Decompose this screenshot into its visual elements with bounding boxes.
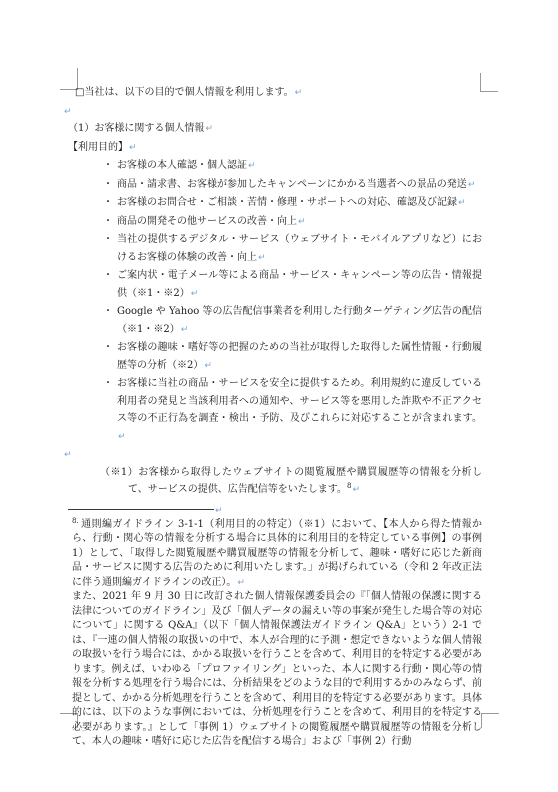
purpose-item-6: ・ご案内状・電子メール等による商品・サービス・キャンペーン等の広告・情報提供（※… xyxy=(68,267,482,303)
paragraph-mark-icon: ↵ xyxy=(214,506,223,516)
text-boundary-mark-top-right-icon xyxy=(480,73,498,92)
purpose-item-text: 当社の提供するデジタル・サービス（ウェブサイト・モバイルアプリなど）におけるお客… xyxy=(117,234,482,263)
footnote-separator-line xyxy=(68,509,214,510)
purpose-item-text: お客様の本人確認・個人認証 xyxy=(117,160,247,171)
paragraph-mark-icon: ↵ xyxy=(467,180,476,190)
paragraph-mark-icon: ↵ xyxy=(297,217,306,227)
purpose-item-text: お客様に当社の商品・サービスを安全に提供するため。利用規約に違反している利用者の… xyxy=(117,378,482,424)
purpose-item-text: 商品・請求書、お客様が参加したキャンペーンにかかる当選者への景品の発送 xyxy=(117,179,467,190)
paragraph-mark-icon: ↵ xyxy=(351,485,360,495)
footnote-paragraph-1: 8.通則編ガイドライン 3-1-1（利用目的の特定）（※1）において、【本人から… xyxy=(72,518,482,591)
purpose-list: ・お客様の本人確認・個人認証↵ ・商品・請求書、お客様が参加したキャンペーンにか… xyxy=(68,157,482,446)
bullet-icon: ・ xyxy=(103,267,113,285)
footnote-block: 8.通則編ガイドライン 3-1-1（利用目的の特定）（※1）において、【本人から… xyxy=(72,518,482,750)
purpose-item-9: ・お客様に当社の商品・サービスを安全に提供するため。利用規約に違反している利用者… xyxy=(68,375,482,446)
paragraph-mark-icon: ↵ xyxy=(204,124,213,134)
purpose-heading: 【利用目的】↵ xyxy=(68,139,482,158)
purpose-item-1: ・お客様の本人確認・個人認証↵ xyxy=(68,157,482,176)
paragraph-mark-icon: ↵ xyxy=(128,143,137,153)
intro-text: □当社は、以下の目的で個人情報を利用します。 xyxy=(75,87,294,98)
bullet-icon: ・ xyxy=(103,339,113,357)
purpose-item-text: Google や Yahoo 等の広告配信事業者を利用した行動ターゲティング広告… xyxy=(117,306,482,335)
footnote-text-1: 通則編ガイドライン 3-1-1（利用目的の特定）（※1）において、【本人から得た… xyxy=(72,519,482,588)
blank-line: ↵ xyxy=(68,446,482,464)
bullet-icon: ・ xyxy=(103,231,113,249)
note-asterisk1-paragraph: （※1）お客様から取得したウェブサイトの閲覧履歴や購買履歴等の情報を分析して、サ… xyxy=(68,464,482,500)
bullet-icon: ・ xyxy=(103,157,113,175)
paragraph-mark-icon: ↵ xyxy=(294,88,303,98)
bullet-icon: ・ xyxy=(103,213,113,231)
footnote-text-2: また、2021 年 9 月 30 日に改訂された個人情報保護委員会の『「個人情報… xyxy=(72,591,482,747)
intro-paragraph: □当社は、以下の目的で個人情報を利用します。↵ xyxy=(68,84,482,103)
bullet-icon: ・ xyxy=(103,194,113,212)
page-content: □当社は、以下の目的で個人情報を利用します。↵ ↵ （1）お客様に関する個人情報… xyxy=(68,84,482,750)
document-page: □当社は、以下の目的で個人情報を利用します。↵ ↵ （1）お客様に関する個人情報… xyxy=(0,0,558,792)
footnote-separator-row: ↵ xyxy=(68,505,482,516)
purpose-item-text: お客様のお問合せ・ご相談・苦情・修理・サポートへの対応、確認及び記録 xyxy=(117,197,457,208)
bullet-icon: ・ xyxy=(103,375,113,393)
purpose-item-text: お客様の趣味・嗜好等の把握のための当社が取得した取得した属性情報・行動履歴等の分… xyxy=(117,342,482,371)
paragraph-mark-icon: ↵ xyxy=(257,253,266,263)
paragraph-mark-icon: ↵ xyxy=(63,107,72,117)
purpose-item-text: 商品の開発その他サービスの改善・向上 xyxy=(117,216,297,227)
section-heading-text: （1）お客様に関する個人情報 xyxy=(68,123,204,134)
purpose-item-5: ・当社の提供するデジタル・サービス（ウェブサイト・モバイルアプリなど）におけるお… xyxy=(68,231,482,267)
paragraph-mark-icon: ↵ xyxy=(247,161,256,171)
paragraph-mark-icon: ↵ xyxy=(63,450,72,460)
purpose-item-4: ・商品の開発その他サービスの改善・向上↵ xyxy=(68,213,482,232)
paragraph-mark-icon: ↵ xyxy=(180,325,189,335)
paragraph-mark-icon: ↵ xyxy=(457,198,466,208)
bullet-icon: ・ xyxy=(103,303,113,321)
purpose-item-text: ご案内状・電子メール等による商品・サービス・キャンペーン等の広告・情報提供（※1… xyxy=(117,270,482,299)
purpose-item-7: ・Google や Yahoo 等の広告配信事業者を利用した行動ターゲティング広… xyxy=(68,303,482,339)
paragraph-mark-icon: ↵ xyxy=(190,289,199,299)
purpose-item-8: ・お客様の趣味・嗜好等の把握のための当社が取得した取得した属性情報・行動履歴等の… xyxy=(68,339,482,375)
purpose-item-3: ・お客様のお問合せ・ご相談・苦情・修理・サポートへの対応、確認及び記録↵ xyxy=(68,194,482,213)
bullet-icon: ・ xyxy=(103,176,113,194)
footnote-marker: 8. xyxy=(72,517,79,525)
section-heading: （1）お客様に関する個人情報↵ xyxy=(68,120,482,139)
paragraph-mark-icon: ↵ xyxy=(203,361,212,371)
purpose-heading-text: 【利用目的】 xyxy=(68,142,128,153)
paragraph-mark-icon: ↵ xyxy=(236,578,245,588)
text-boundary-mark-bottom-right-icon xyxy=(481,713,499,728)
footnote-paragraph-2: また、2021 年 9 月 30 日に改訂された個人情報保護委員会の『「個人情報… xyxy=(72,590,482,750)
blank-line: ↵ xyxy=(68,103,482,121)
paragraph-mark-icon: ↵ xyxy=(117,432,126,442)
note-asterisk1-text: （※1）お客様から取得したウェブサイトの閲覧履歴や購買履歴等の情報を分析して、サ… xyxy=(100,467,482,496)
purpose-item-2: ・商品・請求書、お客様が参加したキャンペーンにかかる当選者への景品の発送↵ xyxy=(68,176,482,195)
